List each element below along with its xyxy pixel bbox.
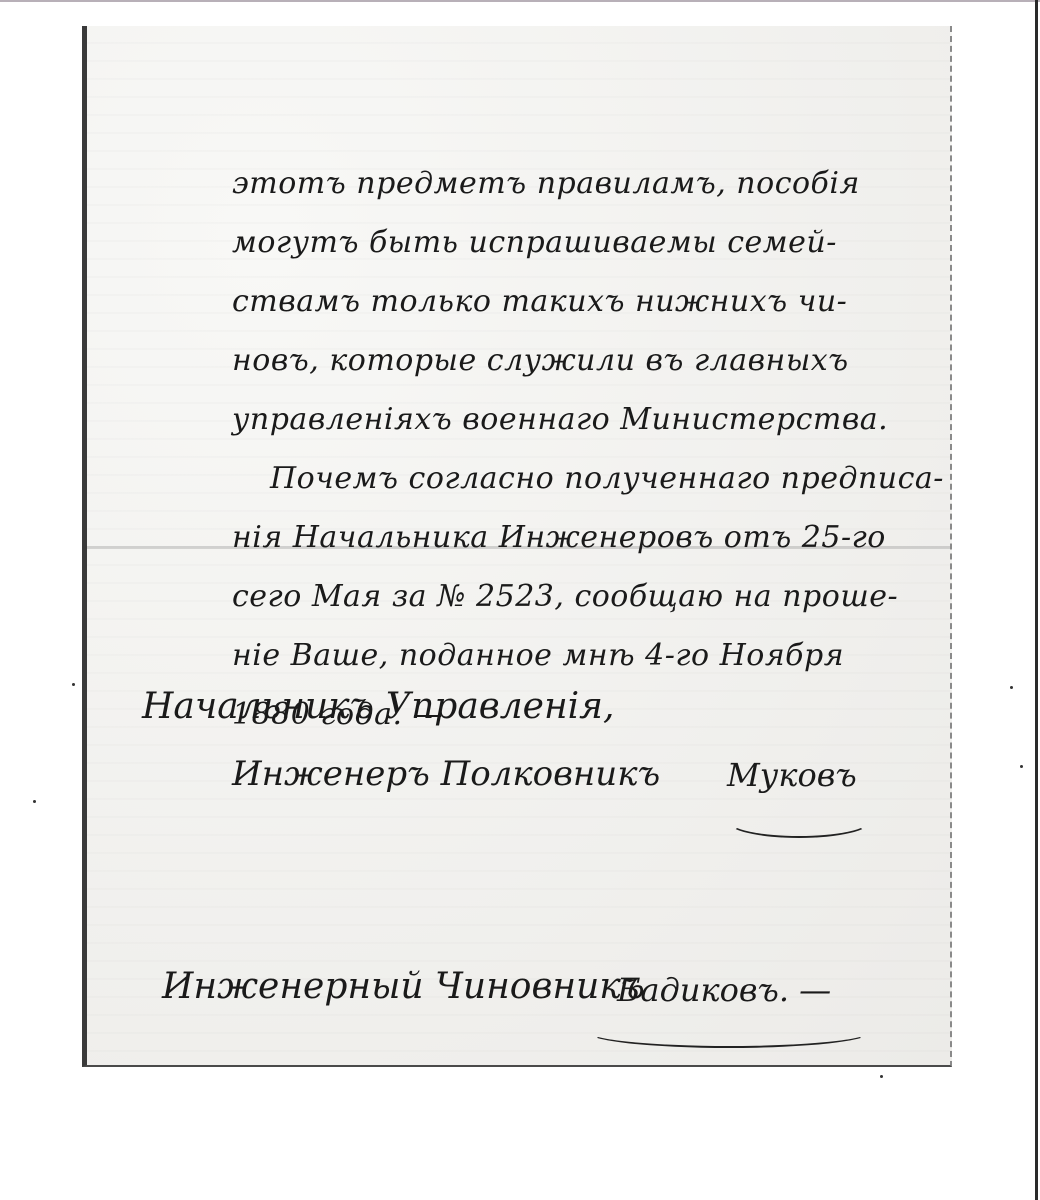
signature-2: Бадиковъ. — <box>617 971 831 1009</box>
scan-speck <box>72 683 75 686</box>
scan-speck <box>1020 765 1023 768</box>
body-line-3: ствамъ только такихъ нижнихъ чи- <box>232 272 932 331</box>
scan-right-edge <box>1035 0 1038 1200</box>
body-line-8: сего Мая за № 2523, сообщаю на проше- <box>232 567 932 626</box>
signatory-1-rank: Инженеръ Полковникъ <box>232 754 660 794</box>
signatory-2-title: Инженерный Чиновникъ <box>162 966 645 1007</box>
body-line-2: могутъ быть испрашиваемы семей- <box>232 213 932 272</box>
signatory-1-title: Начальникъ Управленія, <box>142 686 614 727</box>
signature-1: Муковъ <box>727 756 857 794</box>
scan-speck <box>33 800 36 803</box>
body-line-5: управленіяхъ военнаго Министерства. <box>232 390 932 449</box>
body-line-1: этотъ предметъ правиламъ, пособія <box>232 154 932 213</box>
body-line-7: нія Начальника Инженеровъ отъ 25-го <box>232 508 932 567</box>
body-line-9: ніе Ваше, поданное мнѣ 4-го Ноября <box>232 626 932 685</box>
scan-top-edge <box>0 0 1040 2</box>
signature-2-flourish <box>587 1016 871 1048</box>
signature-1-flourish <box>727 804 871 838</box>
body-line-6: Почемъ согласно полученнаго предписа- <box>232 449 932 508</box>
scan-speck <box>880 1075 883 1078</box>
document-page: этотъ предметъ правиламъ, пособія могутъ… <box>82 26 952 1067</box>
letter-body: этотъ предметъ правиламъ, пособія могутъ… <box>232 154 932 744</box>
body-line-4: новъ, которые служили въ главныхъ <box>232 331 932 390</box>
scan-speck <box>1010 686 1013 689</box>
